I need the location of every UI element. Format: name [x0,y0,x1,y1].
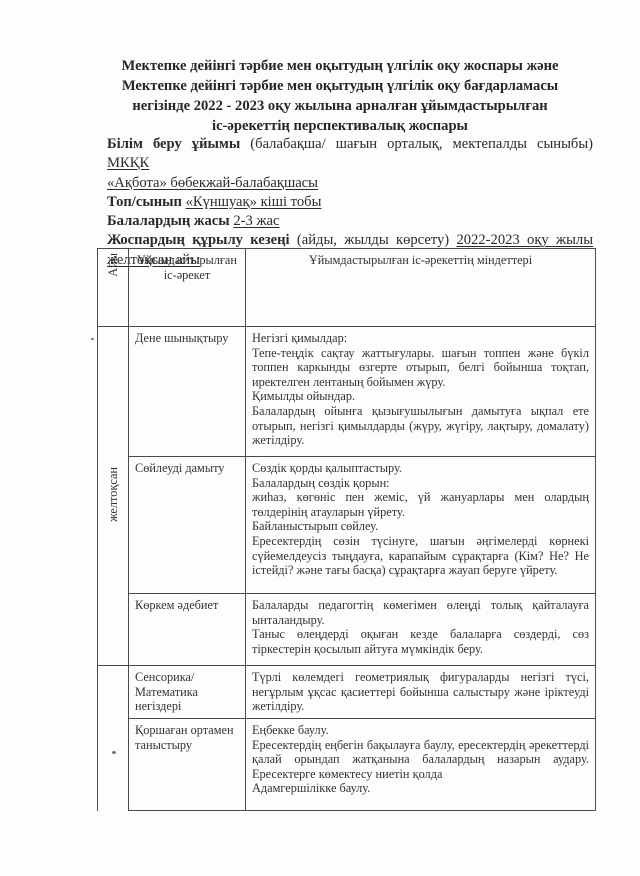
activity-cell: Сенсорика/ Математика негіздері [129,666,246,719]
month-cell: желтоқсан [98,327,129,666]
activity-cell: Көркем әдебиет [129,594,246,666]
table-row: желтоқсан Дене шынықтыру Негізгі қимылда… [98,327,596,457]
plan-table: Айы Ұйымдастырылған іс-әрекет Ұйымдастыр… [97,248,596,811]
title-line: Мектепке дейінгі тәрбие мен оқытудың үлг… [100,56,580,76]
group-label: Топ/сынып [107,194,182,210]
org-line: Білім беру ұйымы (балабақша/ шағын ортал… [107,135,593,174]
title-line: іс-әрекеттің перспективалық жоспары [100,116,580,136]
table-header-row: Айы Ұйымдастырылған іс-әрекет Ұйымдастыр… [98,249,596,327]
table-row: Сенсорика/ Математика негіздері Түрлі кө… [98,666,596,719]
header-tasks: Ұйымдастырылған іс-әрекеттің міндеттері [246,249,596,327]
table-row: Көркем әдебиет Балаларды педагогтің көме… [98,594,596,666]
age-label: Балалардың жасы [107,213,230,229]
month-cell-empty [98,666,129,811]
period-hint: (айды, жылды көрсету) [290,232,457,248]
activity-cell: Сөйлеуді дамыту [129,457,246,594]
tasks-cell: Түрлі көлемдегі геометриялық фигураларды… [246,666,596,719]
document-title: Мектепке дейінгі тәрбие мен оқытудың үлг… [100,56,580,136]
period-label: Жоспардың құрылу кезеңі [107,232,290,248]
activity-cell: Дене шынықтыру [129,327,246,457]
period-value: 2022-2023 оқу жылы [456,232,593,248]
activity-cell: Қоршаған ортамен таныстыру [129,719,246,811]
tasks-cell: Сөздік қорды қалыптастыру. Балалардың сө… [246,457,596,594]
org-value-2: «Ақбота» бөбекжай-балабақшасы [107,175,318,191]
title-line: негізінде 2022 - 2023 оқу жылына арналға… [100,96,580,116]
age-value: 2-3 жас [233,213,279,229]
age-line: Балалардың жасы 2-3 жас [107,212,593,231]
tasks-cell: Балаларды педагогтің көмегімен өлеңді то… [246,594,596,666]
group-value: «Күншуақ» кіші тобы [186,194,322,210]
header-activity: Ұйымдастырылған іс-әрекет [129,249,246,327]
tasks-cell: Негізгі қимылдар: Тепе-теңдік сақтау жат… [246,327,596,457]
table-row: Сөйлеуді дамыту Сөздік қорды қалыптастыр… [98,457,596,594]
table-row: Қоршаған ортамен таныстыру Еңбекке баулу… [98,719,596,811]
org-label: Білім беру ұйымы [107,136,240,152]
org-value: МКҚК [107,155,149,171]
header-month: Айы [98,249,129,327]
tasks-cell: Еңбекке баулу. Ересектердің еңбегін бақы… [246,719,596,811]
group-line: Топ/сынып «Күншуақ» кіші тобы [107,193,593,212]
org-line-2: «Ақбота» бөбекжай-балабақшасы [107,174,593,193]
org-hint: (балабақша/ шағын орталық, мектепалды сы… [240,136,593,152]
title-line: Мектепке дейінгі тәрбие мен оқытудың үлг… [100,76,580,96]
